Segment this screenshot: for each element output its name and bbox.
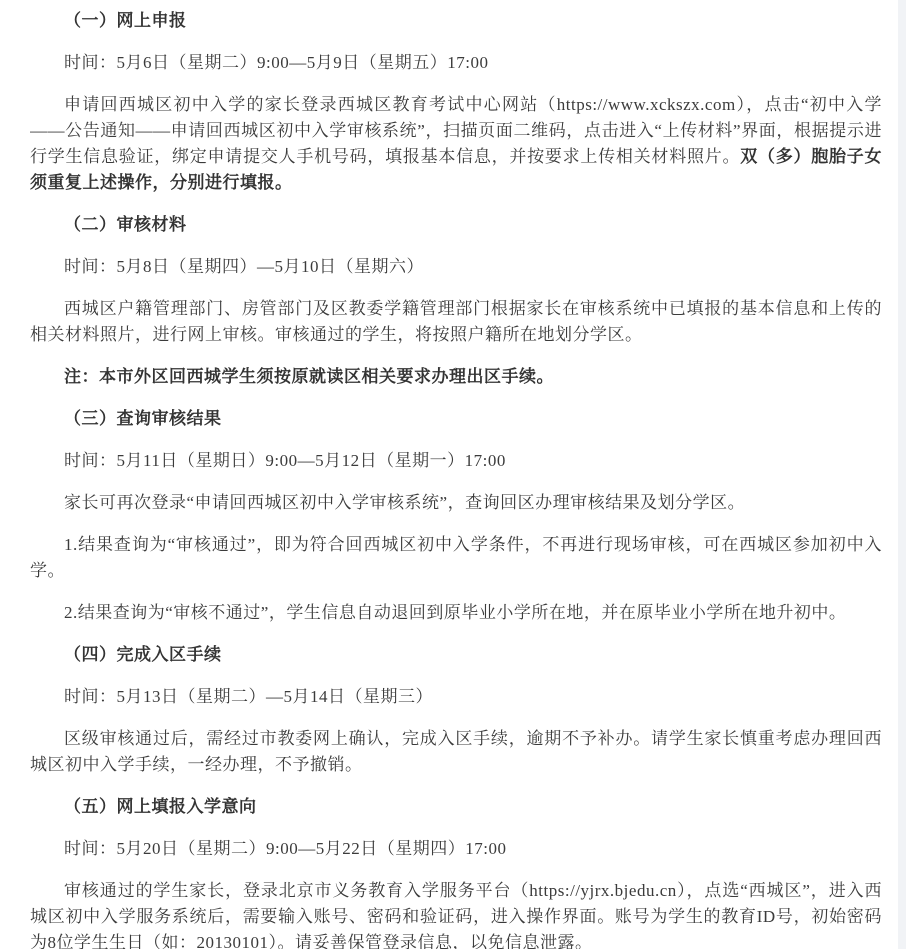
section-paragraph: 区级审核通过后，需经过市教委网上确认，完成入区手续，逾期不予补办。请学生家长慎重… bbox=[30, 726, 882, 778]
section-paragraph: 家长可再次登录“申请回西城区初中入学审核系统”，查询回区办理审核结果及划分学区。 bbox=[30, 490, 882, 516]
section-complete-district-entry: （四）完成入区手续 时间：5月13日（星期二）—5月14日（星期三） 区级审核通… bbox=[30, 642, 882, 778]
document-page: { "page": { "background": "#ffffff", "te… bbox=[0, 0, 914, 949]
section-paragraph: 申请回西城区初中入学的家长登录西城区教育考试中心网站（https://www.x… bbox=[30, 92, 882, 196]
section-online-declaration: （一）网上申报 时间：5月6日（星期二）9:00—5月9日（星期五）17:00 … bbox=[30, 8, 882, 196]
section-heading: （三）查询审核结果 bbox=[30, 406, 882, 432]
section-review-materials: （二）审核材料 时间：5月8日（星期四）—5月10日（星期六） 西城区户籍管理部… bbox=[30, 212, 882, 390]
section-time: 时间：5月8日（星期四）—5月10日（星期六） bbox=[30, 254, 882, 280]
section-query-review-results: （三）查询审核结果 时间：5月11日（星期日）9:00—5月12日（星期一）17… bbox=[30, 406, 882, 626]
section-fill-enrollment-intention: （五）网上填报入学意向 时间：5月20日（星期二）9:00—5月22日（星期四）… bbox=[30, 794, 882, 949]
section-heading: （五）网上填报入学意向 bbox=[30, 794, 882, 820]
result-item-not-passed: 2.结果查询为“审核不通过”，学生信息自动退回到原毕业小学所在地，并在原毕业小学… bbox=[30, 600, 882, 626]
section-paragraph: 西城区户籍管理部门、房管部门及区教委学籍管理部门根据家长在审核系统中已填报的基本… bbox=[30, 296, 882, 348]
section-heading: （四）完成入区手续 bbox=[30, 642, 882, 668]
section-heading: （一）网上申报 bbox=[30, 8, 882, 34]
result-item-passed: 1.结果查询为“审核通过”，即为符合回西城区初中入学条件，不再进行现场审核，可在… bbox=[30, 532, 882, 584]
section-time: 时间：5月6日（星期二）9:00—5月9日（星期五）17:00 bbox=[30, 50, 882, 76]
section-time: 时间：5月11日（星期日）9:00—5月12日（星期一）17:00 bbox=[30, 448, 882, 474]
section-heading: （二）审核材料 bbox=[30, 212, 882, 238]
document-body: （一）网上申报 时间：5月6日（星期二）9:00—5月9日（星期五）17:00 … bbox=[30, 8, 882, 949]
section-time: 时间：5月13日（星期二）—5月14日（星期三） bbox=[30, 684, 882, 710]
scrollbar-track[interactable] bbox=[898, 0, 906, 949]
section-note: 注：本市外区回西城学生须按原就读区相关要求办理出区手续。 bbox=[30, 364, 882, 390]
section-time: 时间：5月20日（星期二）9:00—5月22日（星期四）17:00 bbox=[30, 836, 882, 862]
section-paragraph: 审核通过的学生家长，登录北京市义务教育入学服务平台（https://yjrx.b… bbox=[30, 878, 882, 949]
